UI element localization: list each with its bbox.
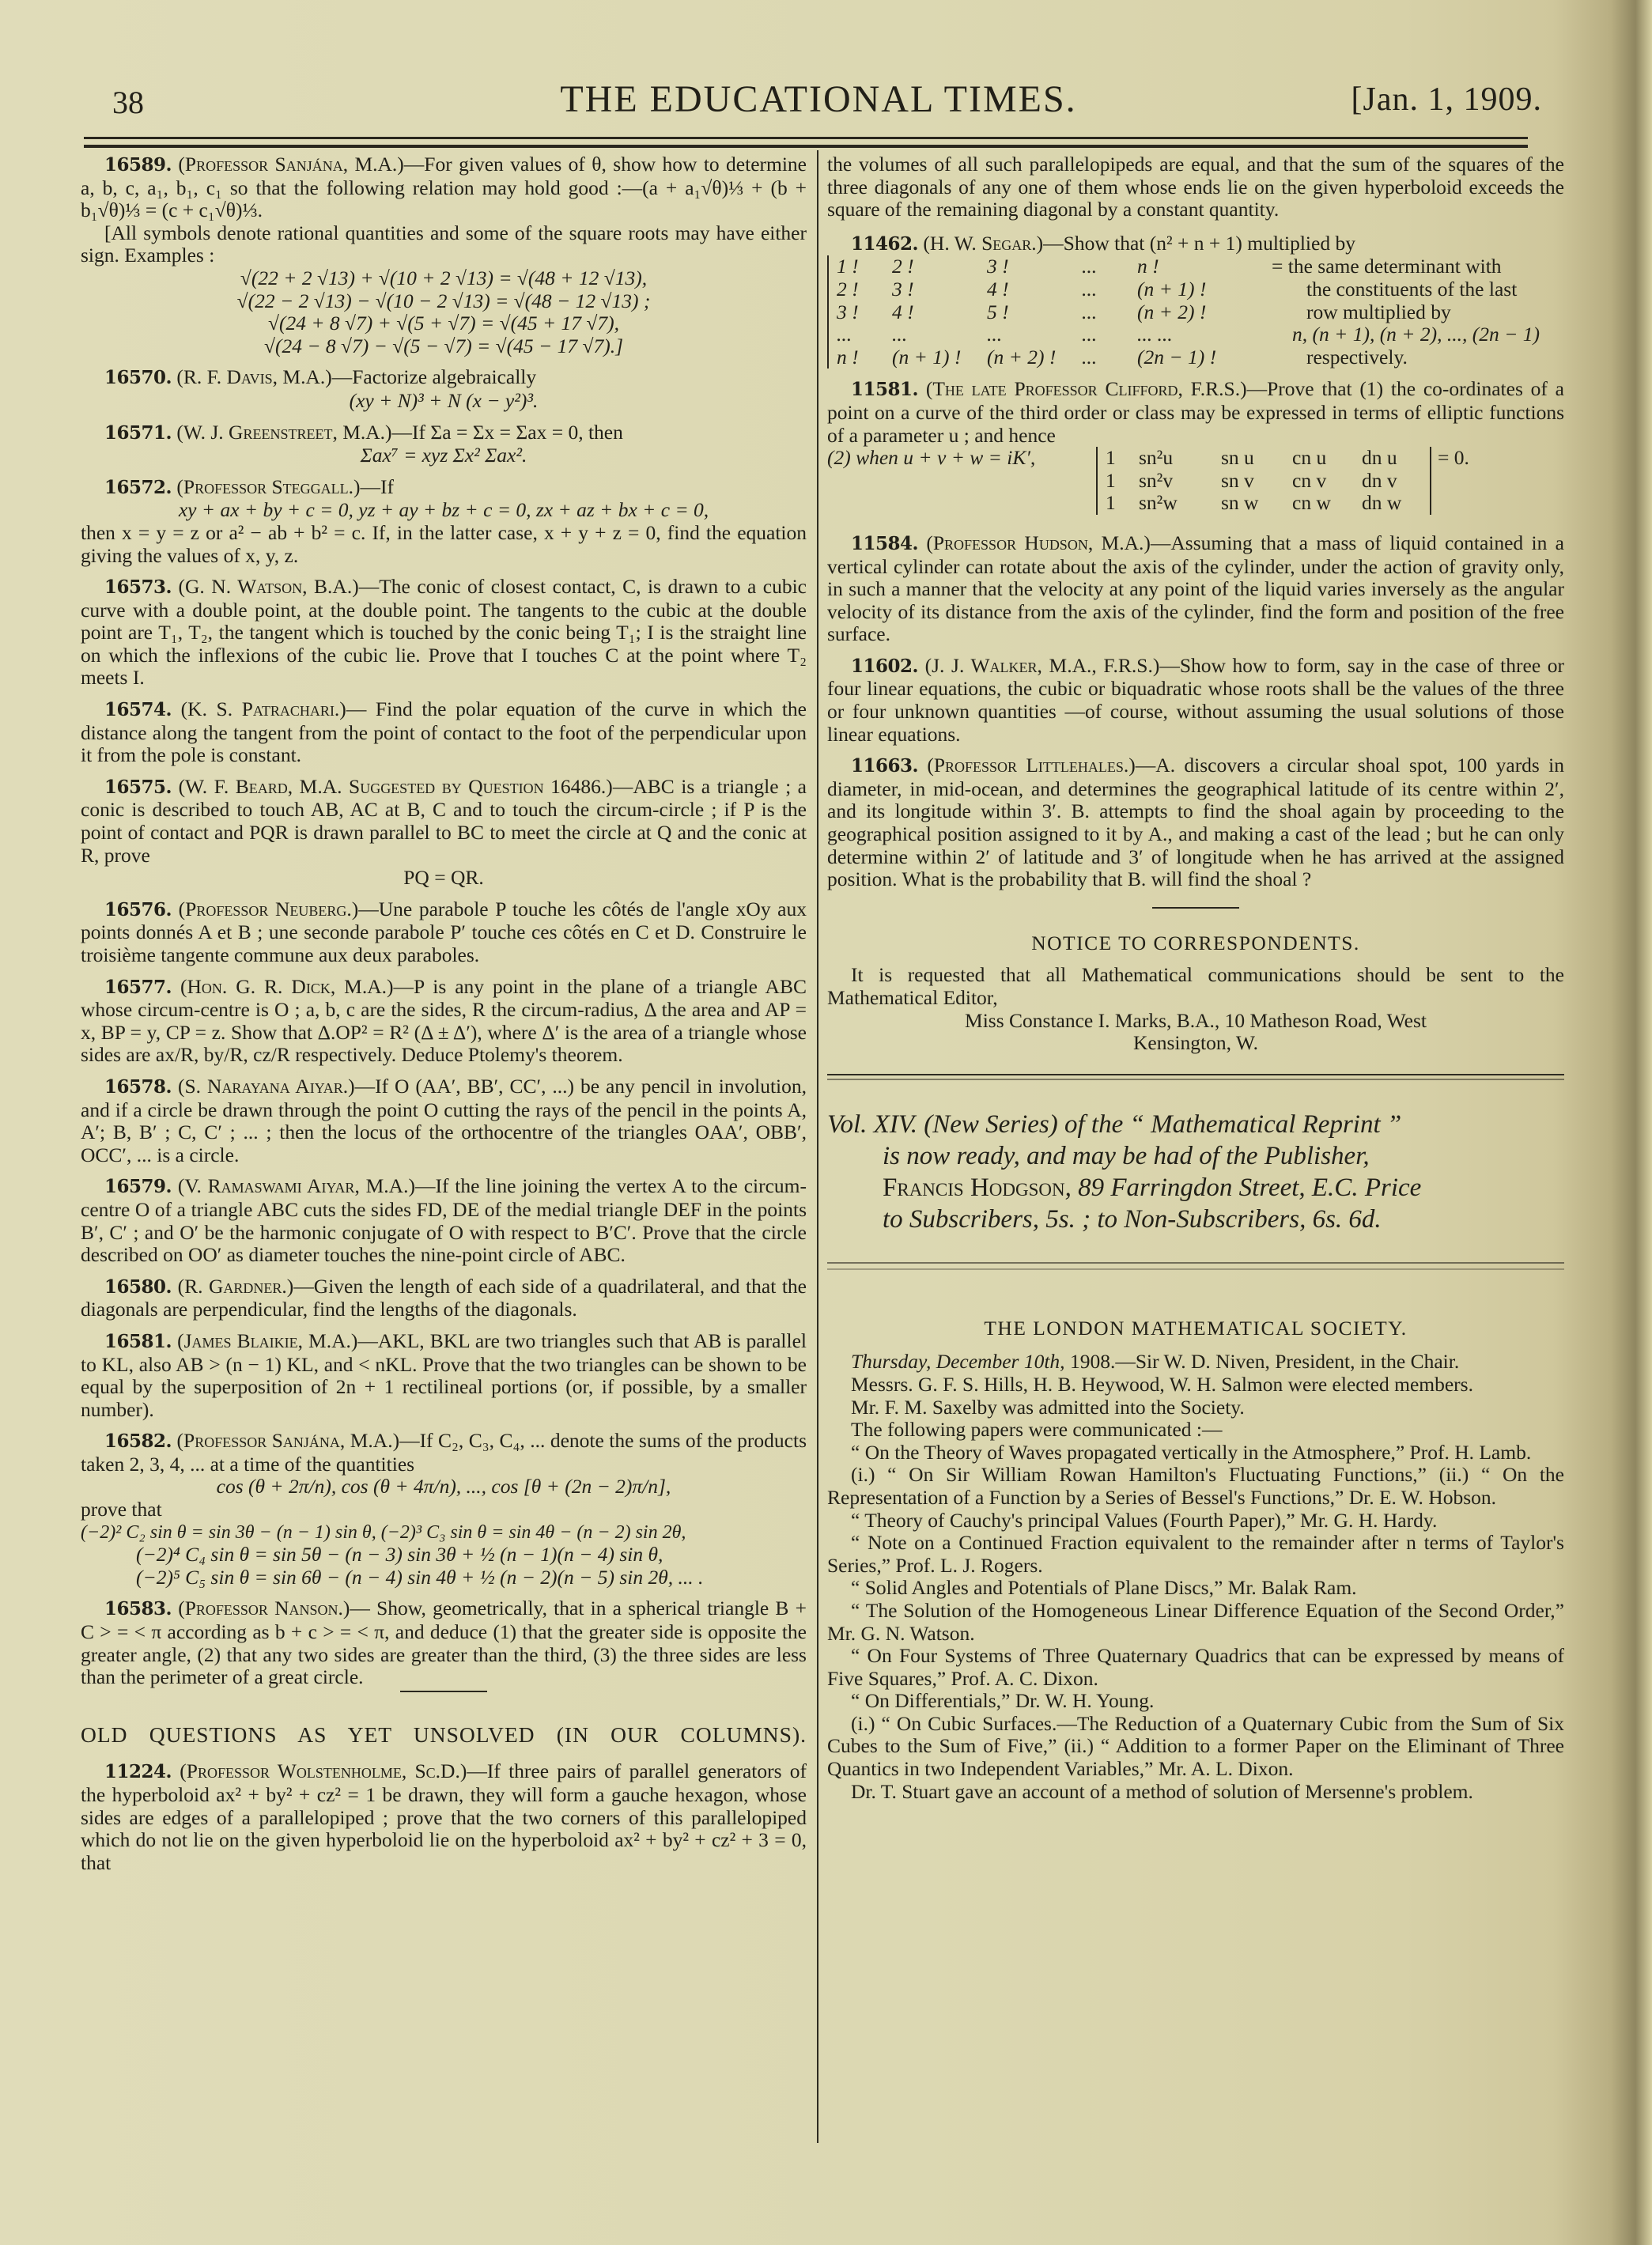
- question-11581: 11581. (The late Professor Clifford, F.R…: [827, 378, 1564, 515]
- reprint-line: Vol. XIV. (New Series) of the “ Mathemat…: [827, 1109, 1564, 1140]
- question-11602: 11602. (J. J. Walker, M.A., F.R.S.)—Show…: [827, 655, 1564, 746]
- question-author: (V. Ramaswami Aiyar, M.A.): [178, 1174, 415, 1197]
- question-16574: 16574. (K. S. Patrachari.)— Find the pol…: [81, 698, 807, 767]
- det-cell: dn u: [1362, 447, 1425, 470]
- question-author: (Professor Hudson, M.A.): [926, 531, 1151, 554]
- det-cell: ...: [837, 323, 892, 346]
- question-number: 11663.: [851, 755, 918, 777]
- question-number: 16572.: [104, 477, 172, 498]
- question-author: (Professor Wolstenholme, Sc.D.): [180, 1759, 467, 1782]
- section-rule: [827, 1079, 1564, 1080]
- det-cell: cn w: [1292, 492, 1362, 515]
- example-equation: √(22 + 2 √13) + √(10 + 2 √13) = √(48 + 1…: [81, 267, 807, 290]
- reprint-price: to Subscribers, 5s. ; to Non-Subscribers…: [827, 1204, 1564, 1235]
- meeting-date: Thursday, December 10th,: [851, 1350, 1065, 1373]
- question-text: prove that: [81, 1499, 807, 1521]
- editor-address: Miss Constance I. Marks, B.A., 10 Mathes…: [827, 1010, 1564, 1033]
- question-text: —If Σa = Σx = Σax = 0, then: [392, 421, 623, 444]
- question-16581: 16581. (James Blaikie, M.A.)—AKL, BKL ar…: [81, 1330, 807, 1421]
- det-cell: cn v: [1292, 470, 1362, 493]
- det-cell: 3 !: [837, 301, 892, 324]
- factorial-determinant: 1 !2 !3 !...n ! 2 !3 !4 !...(n + 1) ! 3 …: [827, 255, 1256, 368]
- lms-paragraph: (i.) “ On Sir William Rowan Hamilton's F…: [827, 1464, 1564, 1509]
- question-number: 11584.: [851, 533, 918, 554]
- det-cell: (n + 1) !: [892, 346, 987, 369]
- lms-paragraph: “ Note on a Continued Fraction equivalen…: [827, 1532, 1564, 1577]
- det-cell: sn²v: [1139, 470, 1221, 493]
- side-text: the constituents of the last: [1272, 278, 1564, 301]
- meeting-text: 1908.—Sir W. D. Niven, President, in the…: [1065, 1350, 1460, 1373]
- section-divider: [1152, 907, 1239, 909]
- right-column: the volumes of all such parallelopipeds …: [827, 150, 1564, 1803]
- lms-paragraph: Mr. F. M. Saxelby was admitted into the …: [827, 1397, 1564, 1419]
- newspaper-page: 38 THE EDUCATIONAL TIMES. [Jan. 1, 1909.…: [0, 0, 1652, 2245]
- question-16576: 16576. (Professor Neuberg.)—Une parabole…: [81, 898, 807, 967]
- det-cell: 3 !: [987, 255, 1082, 278]
- question-11663: 11663. (Professor Littlehales.)—A. disco…: [827, 754, 1564, 891]
- question-number: 16589.: [104, 154, 172, 176]
- question-16578: 16578. (S. Narayana Aiyar.)—If O (AA′, B…: [81, 1075, 807, 1166]
- det-cell: 1: [1106, 447, 1139, 470]
- left-column: 16589. (Professor Sanjána, M.A.)—For giv…: [81, 150, 807, 1874]
- det-cell: ...: [1082, 255, 1137, 278]
- side-text: row multiplied by: [1272, 301, 1564, 324]
- london-mathematical-society: THE LONDON MATHEMATICAL SOCIETY. Thursda…: [827, 1317, 1564, 1803]
- lms-paragraph: “ Solid Angles and Potentials of Plane D…: [827, 1577, 1564, 1600]
- section-rule: [827, 1074, 1564, 1075]
- det-cell: 4 !: [987, 278, 1082, 301]
- question-text: —Show that (n² + n + 1) multiplied by: [1043, 232, 1355, 255]
- question-author: (Professor Neuberg.): [179, 898, 359, 920]
- example-equation: √(24 − 8 √7) − √(5 − √7) = √(45 − 17 √7)…: [81, 335, 807, 358]
- question-author: (Professor Nanson.): [178, 1597, 350, 1619]
- side-text: respectively.: [1272, 346, 1564, 369]
- question-author: (R. Gardner.): [178, 1275, 294, 1298]
- example-equation: √(24 + 8 √7) + √(5 + √7) = √(45 + 17 √7)…: [81, 312, 807, 335]
- question-number: 16571.: [104, 422, 172, 444]
- condition-text: (2) when u + v + w = iK′,: [827, 447, 1096, 470]
- result-equation: (−2)⁵ C₅ sin θ = sin 6θ − (n − 4) sin 4θ…: [81, 1567, 807, 1589]
- question-text: then x = y = z or a² − ab + b² = c. If, …: [81, 522, 807, 567]
- question-author: (G. N. Watson, B.A.): [179, 575, 359, 598]
- determinant-description: = the same determinant with the constitu…: [1256, 255, 1564, 368]
- question-author: (K. S. Patrachari.): [181, 697, 346, 720]
- lms-paragraph: The following papers were communicated :…: [827, 1419, 1564, 1442]
- question-number: 16574.: [104, 699, 172, 720]
- question-author: (S. Narayana Aiyar.): [178, 1075, 355, 1098]
- det-cell: 5 !: [987, 301, 1082, 324]
- question-16579: 16579. (V. Ramaswami Aiyar, M.A.)—If the…: [81, 1175, 807, 1266]
- det-cell: sn²u: [1139, 447, 1221, 470]
- question-author: (Hon. G. R. Dick, M.A.): [180, 975, 394, 998]
- question-16573: 16573. (G. N. Watson, B.A.)—The conic of…: [81, 576, 807, 690]
- question-11584: 11584. (Professor Hudson, M.A.)—Assuming…: [827, 532, 1564, 646]
- det-cell: ...: [1082, 278, 1137, 301]
- question-author: (James Blaikie, M.A.): [177, 1329, 357, 1352]
- det-cell: n !: [1137, 255, 1256, 278]
- question-number: 16577.: [104, 977, 172, 998]
- elliptic-determinant-block: (2) when u + v + w = iK′, 1sn²usn ucn ud…: [827, 447, 1564, 515]
- example-equation: √(22 − 2 √13) − √(10 − 2 √13) = √(48 − 1…: [81, 290, 807, 313]
- det-cell: ...: [1082, 346, 1137, 369]
- question-16577: 16577. (Hon. G. R. Dick, M.A.)—P is any …: [81, 976, 807, 1067]
- question-author: (W. F. Beard, M.A. Suggested by Question…: [179, 775, 613, 798]
- editor-address: Kensington, W.: [827, 1032, 1564, 1055]
- page-header: 38 THE EDUCATIONAL TIMES. [Jan. 1, 1909.: [79, 71, 1558, 119]
- lms-paragraph: “ On Four Systems of Three Quaternary Qu…: [827, 1645, 1564, 1690]
- question-number: 16575.: [104, 777, 172, 798]
- side-text: = the same determinant with: [1272, 255, 1564, 278]
- det-cell: (2n − 1) !: [1137, 346, 1256, 369]
- question-author: (Professor Littlehales.): [927, 754, 1135, 777]
- question-16572: 16572. (Professor Steggall.)—If xy + ax …: [81, 476, 807, 567]
- question-author: (Professor Steggall.): [176, 475, 360, 498]
- determinant-block: 1 !2 !3 !...n ! 2 !3 !4 !...(n + 1) ! 3 …: [827, 255, 1564, 368]
- question-11224: 11224. (Professor Wolstenholme, Sc.D.)—I…: [81, 1760, 807, 1874]
- det-cell: (n + 2) !: [1137, 301, 1256, 324]
- question-11462: 11462. (H. W. Segar.)—Show that (n² + n …: [827, 232, 1564, 369]
- equals-zero: = 0.: [1431, 447, 1469, 470]
- section-rule: [827, 1262, 1564, 1264]
- reprint-advertisement: Vol. XIV. (New Series) of the “ Mathemat…: [827, 1109, 1564, 1235]
- question-16583: 16583. (Professor Nanson.)— Show, geomet…: [81, 1597, 807, 1688]
- question-16582: 16582. (Professor Sanjána, M.A.)—If C₂, …: [81, 1430, 807, 1589]
- question-number: 16582.: [104, 1431, 172, 1452]
- det-cell: ...: [892, 323, 987, 346]
- question-author: (W. J. Greenstreet, M.A.): [176, 421, 391, 444]
- det-cell: cn u: [1292, 447, 1362, 470]
- det-cell: sn²w: [1139, 492, 1221, 515]
- lms-paragraph: Dr. T. Stuart gave an account of a metho…: [827, 1781, 1564, 1804]
- question-16571: 16571. (W. J. Greenstreet, M.A.)—If Σa =…: [81, 421, 807, 467]
- question-number: 11581.: [851, 379, 918, 400]
- question-author: (Professor Sanjána, M.A.): [177, 1429, 400, 1452]
- question-number: 16580.: [104, 1276, 172, 1298]
- det-cell: ...: [1082, 301, 1137, 324]
- equation: Σax⁷ = xyz Σx² Σax².: [81, 444, 807, 467]
- side-text: n, (n + 1), (n + 2), ..., (2n − 1): [1272, 323, 1564, 346]
- det-cell: sn u: [1221, 447, 1292, 470]
- question-number: 16579.: [104, 1176, 172, 1197]
- question-number: 16583.: [104, 1598, 172, 1619]
- publisher-name: Francis Hodgson: [883, 1174, 1065, 1202]
- question-author: (H. W. Segar.): [923, 232, 1043, 255]
- det-cell: 2 !: [837, 278, 892, 301]
- header-rule-top: [84, 137, 1528, 139]
- det-cell: 1 !: [837, 255, 892, 278]
- question-16575: 16575. (W. F. Beard, M.A. Suggested by Q…: [81, 776, 807, 890]
- question-author: (R. F. Davis, M.A.): [176, 365, 331, 388]
- question-16570: 16570. (R. F. Davis, M.A.)—Factorize alg…: [81, 366, 807, 412]
- section-rule: [827, 1268, 1564, 1270]
- equation: xy + ax + by + c = 0, yz + ay + bz + c =…: [81, 499, 807, 522]
- question-number: 16578.: [104, 1076, 172, 1098]
- det-cell: (n + 2) !: [987, 346, 1082, 369]
- result-equation: (−2)⁴ C₄ sin θ = sin 5θ − (n − 3) sin 3θ…: [81, 1544, 807, 1567]
- lms-paragraph: (i.) “ On Cubic Surfaces.—The Reduction …: [827, 1713, 1564, 1781]
- result-equation: (−2)² C₂ sin θ = sin 3θ − (n − 1) sin θ,…: [81, 1521, 807, 1544]
- question-11224-continued: the volumes of all such parallelopipeds …: [827, 153, 1564, 221]
- det-cell: sn w: [1221, 492, 1292, 515]
- lms-heading: THE LONDON MATHEMATICAL SOCIETY.: [827, 1317, 1564, 1340]
- det-cell: (n + 1) !: [1137, 278, 1256, 301]
- det-cell: n !: [837, 346, 892, 369]
- column-divider: [817, 150, 818, 2143]
- question-author: (The late Professor Clifford, F.R.S.): [926, 377, 1247, 400]
- elliptic-determinant: 1sn²usn ucn udn u 1sn²vsn vcn vdn v 1sn²…: [1096, 447, 1431, 515]
- notice-text: It is requested that all Mathematical co…: [827, 964, 1564, 1009]
- lms-meeting: Thursday, December 10th, 1908.—Sir W. D.…: [827, 1351, 1564, 1374]
- question-note: [All symbols denote rational quantities …: [81, 222, 807, 267]
- question-16580: 16580. (R. Gardner.)—Given the length of…: [81, 1276, 807, 1321]
- question-number: 11462.: [851, 233, 918, 255]
- header-rule-bottom: [84, 145, 1528, 148]
- det-cell: ...: [1082, 323, 1137, 346]
- reprint-line: Francis Hodgson, 89 Farringdon Street, E…: [827, 1172, 1564, 1204]
- question-number: 11602.: [851, 656, 918, 677]
- det-cell: 4 !: [892, 301, 987, 324]
- equation: cos (θ + 2π/n), cos (θ + 4π/n), ..., cos…: [81, 1476, 807, 1499]
- question-number: 16573.: [104, 576, 172, 598]
- old-questions-heading: OLD QUESTIONS AS YET UNSOLVED (IN OUR CO…: [81, 1724, 807, 1747]
- question-16589: 16589. (Professor Sanjána, M.A.)—For giv…: [81, 153, 807, 357]
- question-text: —Factorize algebraically: [332, 365, 536, 388]
- det-cell: ...: [987, 323, 1082, 346]
- equation: (xy + N)³ + N (x − y²)³.: [81, 390, 807, 413]
- lms-paragraph: “ On Differentials,” Dr. W. H. Young.: [827, 1690, 1564, 1713]
- lms-paragraph: “ Theory of Cauchy's principal Values (F…: [827, 1510, 1564, 1533]
- notice-heading: NOTICE TO CORRESPONDENTS.: [827, 932, 1564, 955]
- det-cell: sn v: [1221, 470, 1292, 493]
- publication-title: THE EDUCATIONAL TIMES.: [79, 77, 1558, 121]
- question-number: 16581.: [104, 1331, 172, 1352]
- question-number: 16570.: [104, 367, 172, 388]
- issue-date: [Jan. 1, 1909.: [1351, 81, 1542, 119]
- det-cell: 2 !: [892, 255, 987, 278]
- det-cell: 3 !: [892, 278, 987, 301]
- question-number: 16576.: [104, 899, 172, 920]
- lms-paragraph: “ The Solution of the Homogeneous Linear…: [827, 1600, 1564, 1645]
- notice-to-correspondents: NOTICE TO CORRESPONDENTS. It is requeste…: [827, 932, 1564, 1055]
- det-cell: ... ...: [1137, 323, 1256, 346]
- publisher-address: , 89 Farringdon Street, E.C. Price: [1065, 1174, 1422, 1202]
- question-author: (Professor Sanjána, M.A.): [178, 153, 403, 176]
- section-divider: [400, 1691, 487, 1692]
- question-author: (J. J. Walker, M.A., F.R.S.): [925, 654, 1160, 677]
- question-number: 11224.: [104, 1761, 172, 1782]
- lms-paragraph: “ On the Theory of Waves propagated vert…: [827, 1442, 1564, 1465]
- lms-paragraph: Messrs. G. F. S. Hills, H. B. Heywood, W…: [827, 1374, 1564, 1397]
- det-cell: dn w: [1362, 492, 1425, 515]
- reprint-line: is now ready, and may be had of the Publ…: [827, 1140, 1564, 1172]
- det-cell: 1: [1106, 492, 1139, 515]
- question-text: —If: [361, 475, 394, 498]
- det-cell: dn v: [1362, 470, 1425, 493]
- det-cell: 1: [1106, 470, 1139, 493]
- equation: PQ = QR.: [81, 867, 807, 890]
